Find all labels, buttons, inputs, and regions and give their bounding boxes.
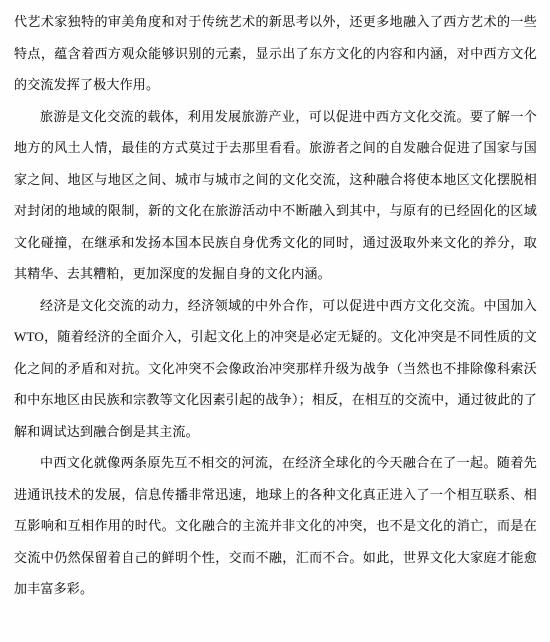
paragraph-3: 经济是文化交流的动力，经济领域的中外合作，可以促进中西方文化交流。中国加入WTO… <box>14 290 537 448</box>
paragraph-2: 旅游是文化交流的载体，利用发展旅游产业，可以促进中西方文化交流。要了解一个地方的… <box>14 101 537 290</box>
paragraph-4: 中西文化就像两条原先互不相交的河流，在经济全球化的今天融合在了一起。随着先进通讯… <box>14 447 537 605</box>
paragraph-1: 代艺术家独特的审美角度和对于传统艺术的新思考以外，还更多地融入了西方艺术的一些特… <box>14 6 537 101</box>
document-body: 代艺术家独特的审美角度和对于传统艺术的新思考以外，还更多地融入了西方艺术的一些特… <box>14 6 537 605</box>
document-page: 代艺术家独特的审美角度和对于传统艺术的新思考以外，还更多地融入了西方艺术的一些特… <box>0 0 550 642</box>
